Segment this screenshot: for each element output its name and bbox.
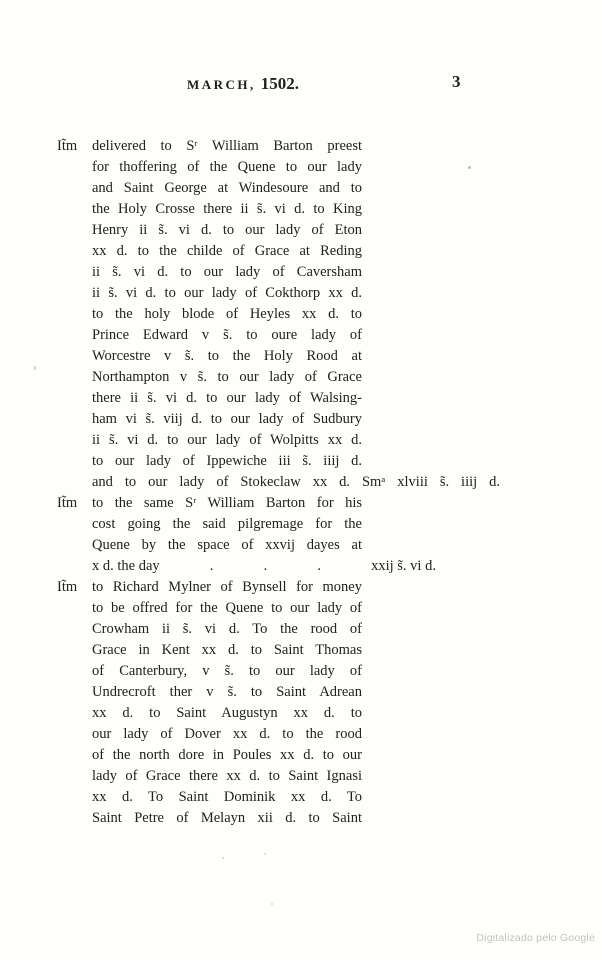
ledger-line: and Saint George at Windesoure and to (92, 178, 362, 199)
scan-speck (264, 853, 266, 855)
ledger-line-with-sum: and to our lady of Stokeclaw xx d. Smᵃ x… (92, 472, 500, 493)
running-head: MARCH,1502. (187, 74, 299, 94)
scan-speck (468, 166, 471, 169)
ledger-line: to the holy blode of Heyles xx d. to (92, 304, 362, 325)
ledger-entry: It̃m to the same Sʳ William Barton for h… (57, 493, 500, 577)
ledger-line: Henry ii s̃. vi d. to our lady of Eton (92, 220, 362, 241)
ledger-line: xx d. To Saint Dominik xx d. To (92, 787, 362, 808)
ledger-line: there ii s̃. vi d. to our lady of Walsin… (92, 388, 362, 409)
scan-speck (34, 366, 36, 370)
ledger-line: of the north dore in Poules xx d. to our (92, 745, 362, 766)
ledger-line: to our lady of Ippewiche iii s̃. iiij d. (92, 451, 362, 472)
leader-dot: . (264, 556, 268, 577)
ledger-line: Undrecroft ther v s̃. to Saint Adrean (92, 682, 362, 703)
sum-amount: xxij s̃. vi d. (371, 556, 436, 577)
ledger-line: Prince Edward v s̃. to oure lady of (92, 325, 362, 346)
ledger-line: Quene by the space of xxvij dayes at (92, 535, 362, 556)
ledger-line: ii s̃. vi d. to our lady of Wolpitts xx … (92, 430, 362, 451)
ledger-line: It̃m delivered to Sʳ William Barton pree… (57, 136, 362, 157)
ledger-entry: It̃m delivered to Sʳ William Barton pree… (57, 136, 500, 493)
leader-dot: . (317, 556, 321, 577)
google-digitization-watermark: Digitalizado pelo Google (476, 932, 595, 944)
ledger-line: ham vi s̃. viij d. to our lady of Sudbur… (92, 409, 362, 430)
scanned-book-page: MARCH,1502. 3 It̃m delivered to Sʳ Willi… (0, 0, 602, 960)
running-head-month: MARCH, (187, 77, 256, 92)
ledger-entry: It̃m to Richard Mylner of Bynsell for mo… (57, 577, 500, 829)
ledger-line: ii s̃. vi d. to our lady of Cokthorp xx … (92, 283, 362, 304)
item-abbreviation: It̃m (57, 136, 92, 157)
ledger-line: Grace in Kent xx d. to Saint Thomas (92, 640, 362, 661)
ledger-sum-line: x d. the day . . . xxij s̃. vi d. (92, 556, 436, 577)
ledger-line: xx d. to Saint Augustyn xx d. to (92, 703, 362, 724)
ledger-line: to be offred for the Quene to our lady o… (92, 598, 362, 619)
ledger-line: the Holy Crosse there ii s̃. vi d. to Ki… (92, 199, 362, 220)
ledger-line-text: delivered to Sʳ William Barton preest (92, 136, 362, 157)
ledger-line: Saint Petre of Melayn xii d. to Saint (92, 808, 362, 829)
sum-line-text: x d. the day (92, 556, 160, 577)
ledger-line: xx d. to the childe of Grace at Reding (92, 241, 362, 262)
ledger-line: for thoffering of the Quene to our lady (92, 157, 362, 178)
running-head-year: 1502. (261, 74, 299, 93)
ledger-line: of Canterbury, v s̃. to our lady of (92, 661, 362, 682)
leader-dot: . (210, 556, 214, 577)
ledger-line-text: to the same Sʳ William Barton for his (92, 493, 362, 514)
ledger-line-text: to Richard Mylner of Bynsell for money (92, 577, 362, 598)
scan-speck (271, 903, 273, 905)
ledger-line: It̃m to Richard Mylner of Bynsell for mo… (57, 577, 362, 598)
scan-speck (222, 857, 224, 859)
item-abbreviation: It̃m (57, 493, 92, 514)
ledger-line: It̃m to the same Sʳ William Barton for h… (57, 493, 362, 514)
ledger-line: cost going the said pilgremage for the (92, 514, 362, 535)
ledger-text-block: It̃m delivered to Sʳ William Barton pree… (57, 136, 500, 829)
item-abbreviation: It̃m (57, 577, 92, 598)
ledger-line: Crowham ii s̃. vi d. To the rood of (92, 619, 362, 640)
ledger-line: Northampton v s̃. to our lady of Grace (92, 367, 362, 388)
ledger-line: lady of Grace there xx d. to Saint Ignas… (92, 766, 362, 787)
ledger-line: our lady of Dover xx d. to the rood (92, 724, 362, 745)
page-number: 3 (452, 72, 461, 92)
ledger-line: Worcestre v s̃. to the Holy Rood at (92, 346, 362, 367)
ledger-line: ii s̃. vi d. to our lady of Caversham (92, 262, 362, 283)
